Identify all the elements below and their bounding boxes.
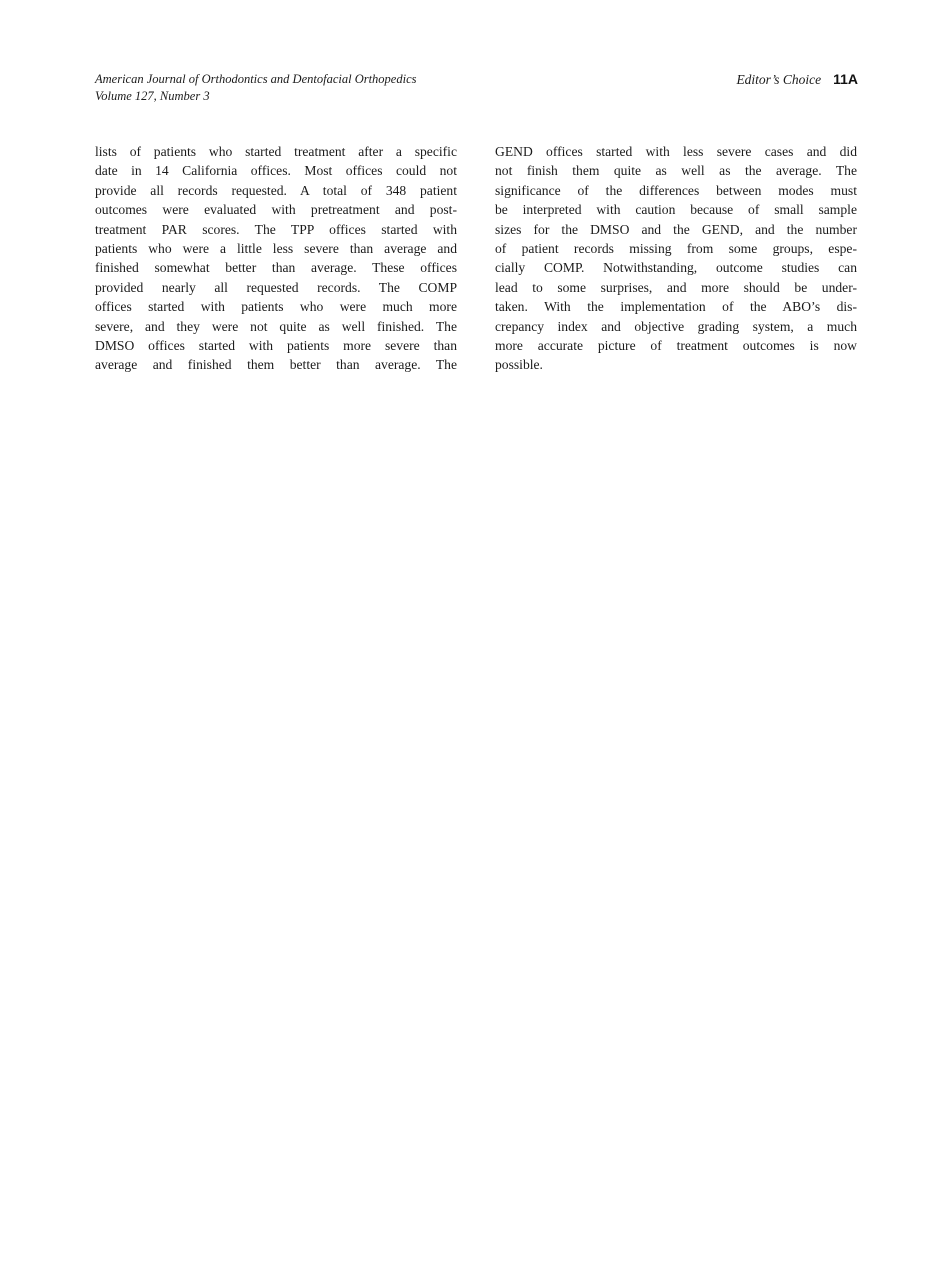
text-line: DMSO offices started with patients more … <box>95 336 457 355</box>
text-line: provide all records requested. A total o… <box>95 181 457 200</box>
text-line: possible. <box>495 355 857 374</box>
text-line: not finish them quite as well as the ave… <box>495 161 857 180</box>
article-body: lists of patients who started treatment … <box>95 142 857 375</box>
text-line: cially COMP. Notwithstanding, outcome st… <box>495 258 857 277</box>
text-line: offices started with patients who were m… <box>95 297 457 316</box>
text-line: severe, and they were not quite as well … <box>95 317 457 336</box>
text-line: average and finished them better than av… <box>95 355 457 374</box>
page-number: 11A <box>833 71 858 88</box>
text-line: sizes for the DMSO and the GEND, and the… <box>495 220 857 239</box>
text-line: more accurate picture of treatment outco… <box>495 336 857 355</box>
text-line: patients who were a little less severe t… <box>95 239 457 258</box>
issue-info: Volume 127, Number 3 <box>95 88 417 105</box>
journal-page: American Journal of Orthodontics and Den… <box>0 0 950 1272</box>
text-line: provided nearly all requested records. T… <box>95 278 457 297</box>
text-line: GEND offices started with less severe ca… <box>495 142 857 161</box>
right-column: GEND offices started with less severe ca… <box>495 142 857 375</box>
header-right-block: Editor’s Choice 11A <box>736 71 858 88</box>
text-line: lists of patients who started treatment … <box>95 142 457 161</box>
text-line: of patient records missing from some gro… <box>495 239 857 258</box>
text-line: treatment PAR scores. The TPP offices st… <box>95 220 457 239</box>
text-line: lead to some surprises, and more should … <box>495 278 857 297</box>
text-line: finished somewhat better than average. T… <box>95 258 457 277</box>
text-line: outcomes were evaluated with pretreatmen… <box>95 200 457 219</box>
text-line: date in 14 California offices. Most offi… <box>95 161 457 180</box>
journal-title: American Journal of Orthodontics and Den… <box>95 71 417 88</box>
section-label: Editor’s Choice <box>736 71 821 88</box>
text-line: significance of the differences between … <box>495 181 857 200</box>
left-column: lists of patients who started treatment … <box>95 142 457 375</box>
journal-header-block: American Journal of Orthodontics and Den… <box>95 71 417 105</box>
text-line: crepancy index and objective grading sys… <box>495 317 857 336</box>
text-line: taken. With the implementation of the AB… <box>495 297 857 316</box>
running-header: American Journal of Orthodontics and Den… <box>95 71 858 105</box>
text-line: be interpreted with caution because of s… <box>495 200 857 219</box>
